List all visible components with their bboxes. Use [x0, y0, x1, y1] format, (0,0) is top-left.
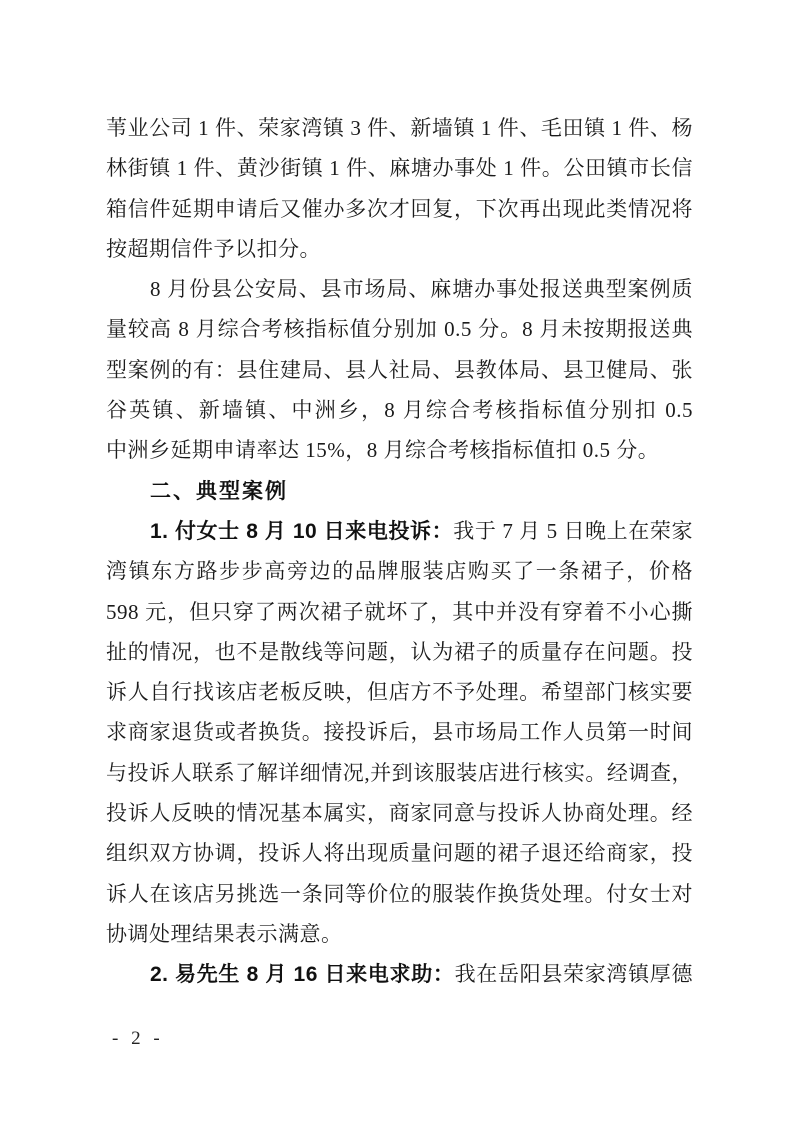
text-line: 按超期信件予以扣分。 [106, 229, 693, 269]
line-text: 协调处理结果表示满意。 [106, 922, 343, 946]
document-page: 苇业公司 1 件、荣家湾镇 3 件、新墙镇 1 件、毛田镇 1 件、杨 林街镇 … [0, 0, 793, 1121]
text-line: 1. 付女士 8 月 10 日来电投诉：我于 7 月 5 日晚上在荣家 [106, 511, 693, 551]
line-text: 中洲乡延期申请率达 15%，8 月综合考核指标值扣 0.5 分。 [106, 438, 659, 462]
line-text: 求商家退货或者换货。接投诉后，县市场局工作人员第一时间 [106, 720, 693, 744]
text-line: 组织双方协调，投诉人将出现质量问题的裙子退还给商家，投 [106, 833, 693, 873]
page-number: - 2 - [112, 1028, 164, 1050]
line-text: 投诉人反映的情况基本属实，商家同意与投诉人协商处理。经 [106, 801, 693, 825]
line-text: 我在岳阳县荣家湾镇厚德 [455, 962, 693, 986]
text-line: 箱信件延期申请后又催办多次才回复，下次再出现此类情况将 [106, 189, 693, 229]
text-line: 诉人在该店另挑选一条同等价位的服装作换货处理。付女士对 [106, 874, 693, 914]
line-text: 按超期信件予以扣分。 [106, 237, 321, 261]
document-body: 苇业公司 1 件、荣家湾镇 3 件、新墙镇 1 件、毛田镇 1 件、杨 林街镇 … [106, 108, 693, 995]
line-text: 我于 7 月 5 日晚上在荣家 [453, 519, 693, 543]
line-text: 谷英镇、新墙镇、中洲乡，8 月综合考核指标值分别扣 0.5 分。 [106, 398, 693, 430]
line-text: 箱信件延期申请后又催办多次才回复，下次再出现此类情况将 [106, 197, 693, 221]
line-text: 诉人自行找该店老板反映，但店方不予处理。希望部门核实要 [106, 680, 693, 704]
text-line: 协调处理结果表示满意。 [106, 914, 693, 954]
case-1-lead: 1. 付女士 8 月 10 日来电投诉： [150, 520, 453, 543]
text-line: 中洲乡延期申请率达 15%，8 月综合考核指标值扣 0.5 分。 [106, 430, 693, 470]
text-line: 林街镇 1 件、黄沙街镇 1 件、麻塘办事处 1 件。公田镇市长信 [106, 148, 693, 188]
line-text: 8 月份县公安局、县市场局、麻塘办事处报送典型案例质 [150, 277, 693, 301]
case-2-lead: 2. 易先生 8 月 16 日来电求助： [150, 963, 455, 986]
line-text: 湾镇东方路步步高旁边的品牌服装店购买了一条裙子，价格 [106, 559, 693, 583]
section-heading-text: 二、典型案例 [150, 480, 288, 503]
text-line: 8 月份县公安局、县市场局、麻塘办事处报送典型案例质 [106, 269, 693, 309]
line-text: 598 元，但只穿了两次裙子就坏了，其中并没有穿着不小心撕 [106, 600, 693, 624]
text-line: 扯的情况，也不是散线等问题，认为裙子的质量存在问题。投 [106, 632, 693, 672]
text-line: 诉人自行找该店老板反映，但店方不予处理。希望部门核实要 [106, 672, 693, 712]
line-text: 组织双方协调，投诉人将出现质量问题的裙子退还给商家，投 [106, 841, 693, 865]
line-text: 扯的情况，也不是散线等问题，认为裙子的质量存在问题。投 [106, 640, 693, 664]
text-line: 2. 易先生 8 月 16 日来电求助：我在岳阳县荣家湾镇厚德 [106, 954, 693, 994]
text-line: 型案例的有：县住建局、县人社局、县教体局、县卫健局、张 [106, 350, 693, 390]
text-line: 苇业公司 1 件、荣家湾镇 3 件、新墙镇 1 件、毛田镇 1 件、杨 [106, 108, 693, 148]
line-text: 诉人在该店另挑选一条同等价位的服装作换货处理。付女士对 [106, 882, 693, 906]
line-text: 苇业公司 1 件、荣家湾镇 3 件、新墙镇 1 件、毛田镇 1 件、杨 [106, 116, 693, 140]
text-line: 量较高 8 月综合考核指标值分别加 0.5 分。8 月未按期报送典 [106, 309, 693, 349]
line-text: 林街镇 1 件、黄沙街镇 1 件、麻塘办事处 1 件。公田镇市长信 [106, 156, 693, 180]
text-line: 湾镇东方路步步高旁边的品牌服装店购买了一条裙子，价格 [106, 551, 693, 591]
text-line: 与投诉人联系了解详细情况,并到该服装店进行核实。经调查， [106, 753, 693, 793]
text-line: 求商家退货或者换货。接投诉后，县市场局工作人员第一时间 [106, 712, 693, 752]
section-heading: 二、典型案例 [106, 471, 693, 511]
line-text: 量较高 8 月综合考核指标值分别加 0.5 分。8 月未按期报送典 [106, 317, 693, 341]
line-text: 与投诉人联系了解详细情况,并到该服装店进行核实。经调查， [106, 761, 693, 785]
text-line: 598 元，但只穿了两次裙子就坏了，其中并没有穿着不小心撕 [106, 592, 693, 632]
line-text: 型案例的有：县住建局、县人社局、县教体局、县卫健局、张 [106, 358, 693, 382]
text-line: 谷英镇、新墙镇、中洲乡，8 月综合考核指标值分别扣 0.5 分。 [106, 390, 693, 430]
text-line: 投诉人反映的情况基本属实，商家同意与投诉人协商处理。经 [106, 793, 693, 833]
